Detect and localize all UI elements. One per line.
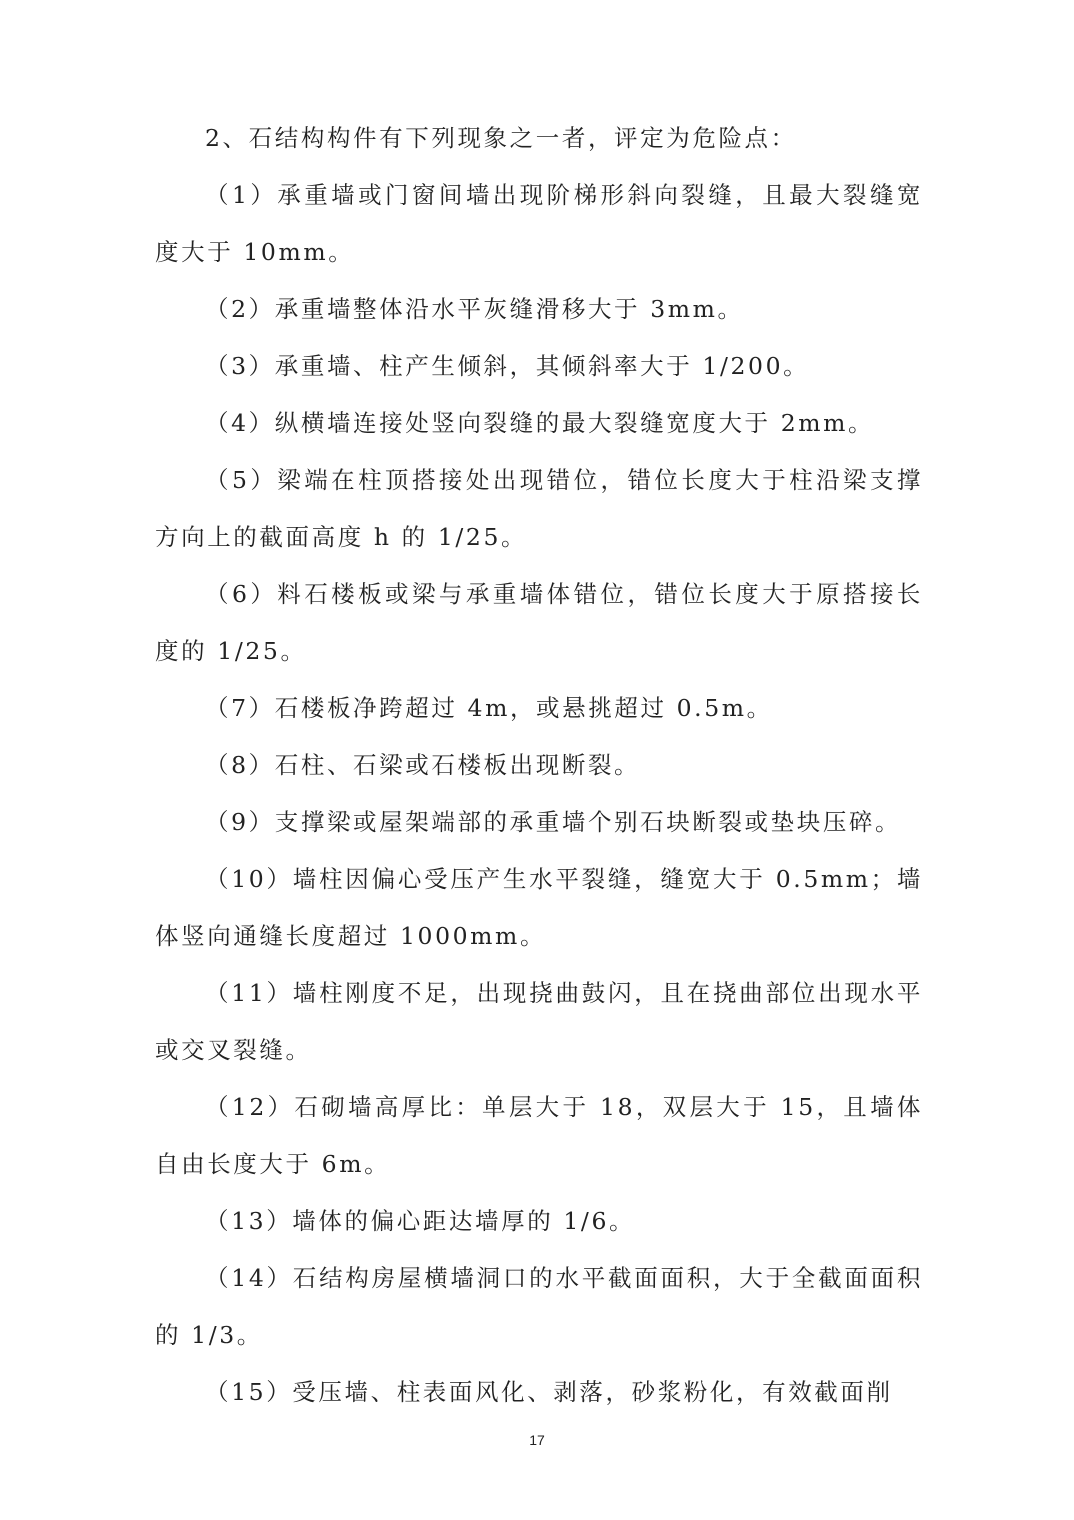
list-item: （2）承重墙整体沿水平灰缝滑移大于 3mm。 — [155, 281, 923, 338]
list-item: （1）承重墙或门窗间墙出现阶梯形斜向裂缝，且最大裂缝宽度大于 10mm。 — [155, 167, 923, 281]
section-heading: 2、石结构构件有下列现象之一者，评定为危险点： — [155, 110, 923, 167]
document-page: 2、石结构构件有下列现象之一者，评定为危险点： （1）承重墙或门窗间墙出现阶梯形… — [0, 0, 1074, 1520]
list-item: （7）石楼板净跨超过 4m，或悬挑超过 0.5m。 — [155, 680, 923, 737]
document-body: 2、石结构构件有下列现象之一者，评定为危险点： （1）承重墙或门窗间墙出现阶梯形… — [155, 110, 923, 1421]
list-item: （3）承重墙、柱产生倾斜，其倾斜率大于 1/200。 — [155, 338, 923, 395]
list-item: （13）墙体的偏心距达墙厚的 1/6。 — [155, 1193, 923, 1250]
list-item: （11）墙柱刚度不足，出现挠曲鼓闪，且在挠曲部位出现水平或交叉裂缝。 — [155, 965, 923, 1079]
list-item: （6）料石楼板或梁与承重墙体错位，错位长度大于原搭接长度的 1/25。 — [155, 566, 923, 680]
list-item: （8）石柱、石梁或石楼板出现断裂。 — [155, 737, 923, 794]
page-number: 17 — [0, 1432, 1074, 1448]
list-item: （9）支撑梁或屋架端部的承重墙个别石块断裂或垫块压碎。 — [155, 794, 923, 851]
list-item: （14）石结构房屋横墙洞口的水平截面面积，大于全截面面积的 1/3。 — [155, 1250, 923, 1364]
list-item: （15）受压墙、柱表面风化、剥落，砂浆粉化，有效截面削 — [155, 1364, 923, 1421]
list-item: （4）纵横墙连接处竖向裂缝的最大裂缝宽度大于 2mm。 — [155, 395, 923, 452]
list-item: （10）墙柱因偏心受压产生水平裂缝，缝宽大于 0.5mm；墙体竖向通缝长度超过 … — [155, 851, 923, 965]
list-item: （5）梁端在柱顶搭接处出现错位，错位长度大于柱沿梁支撑方向上的截面高度 h 的 … — [155, 452, 923, 566]
list-item: （12）石砌墙高厚比：单层大于 18，双层大于 15，且墙体自由长度大于 6m。 — [155, 1079, 923, 1193]
